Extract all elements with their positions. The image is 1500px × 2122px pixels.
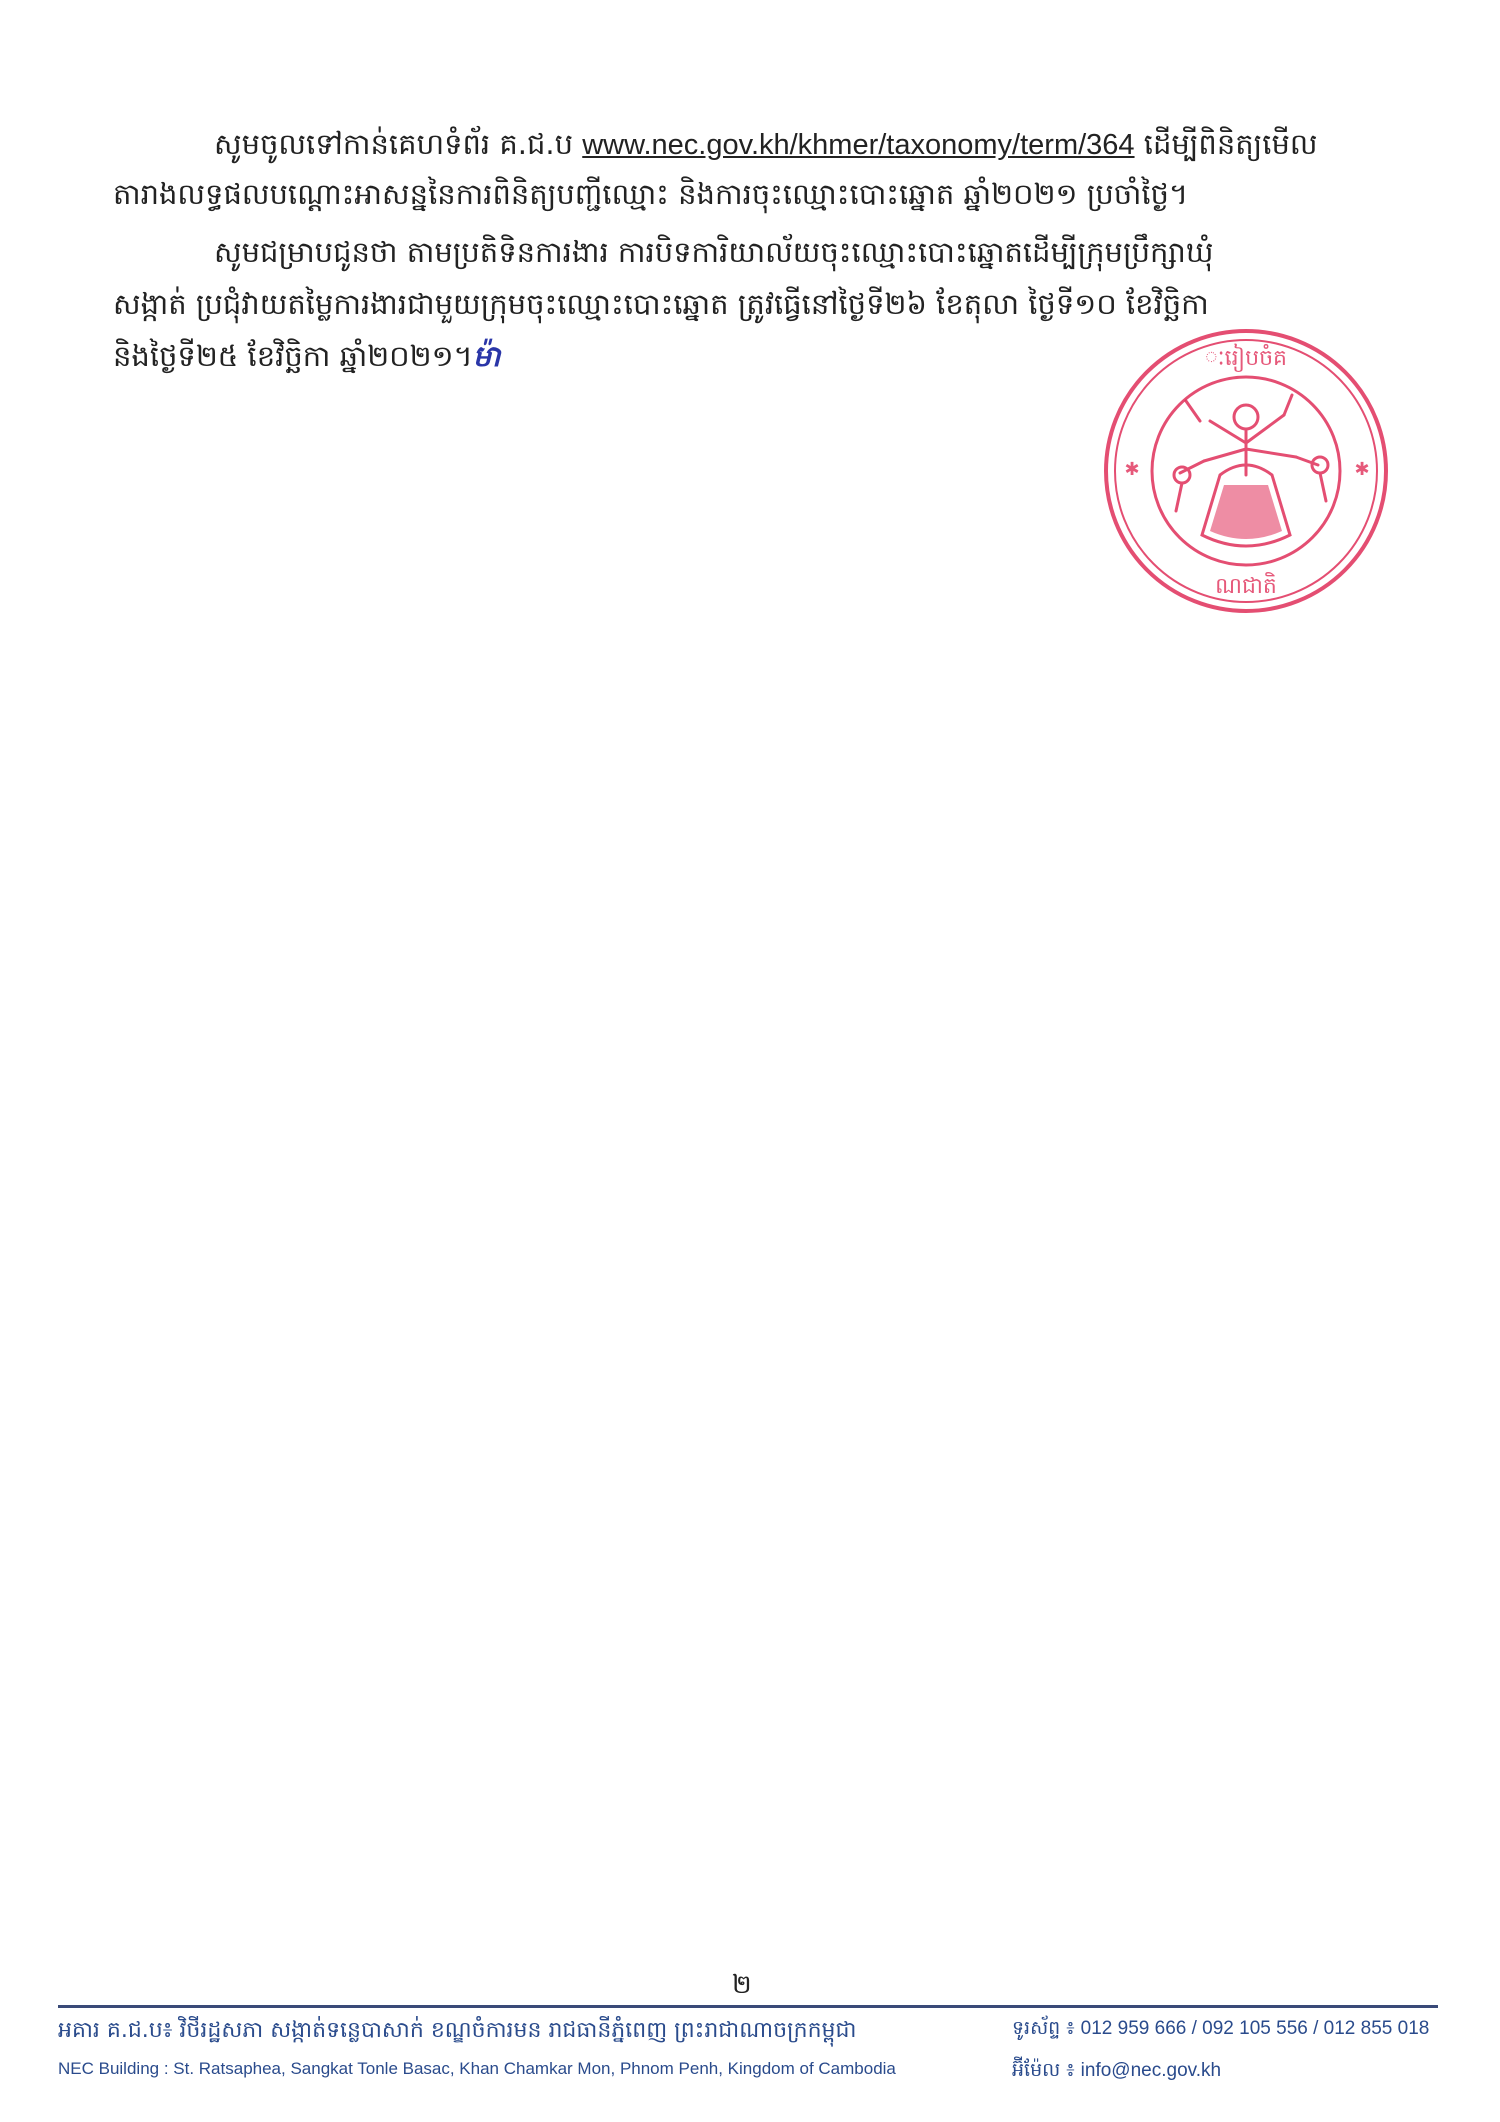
paragraph-1-line-2: តារាងលទ្ធផលបណ្ដោះអាសន្ននៃការពិនិត្យបញ្ជី… — [113, 174, 1188, 214]
nec-taxonomy-link[interactable]: www.nec.gov.kh/khmer/taxonomy/term/364 — [582, 129, 1134, 161]
paragraph-2-line-2: សង្កាត់ ប្រជុំវាយតម្លៃការងារជាមួយក្រុមចុ… — [113, 284, 1209, 324]
paragraph-1-prefix: សូមចូលទៅកាន់គេហទំព័រ គ.ជ.ប — [214, 127, 582, 161]
page-number: ២ — [732, 1968, 752, 2006]
seal-icon: ៈរៀបចំគ ណជាតិ ✱ ✱ — [1100, 325, 1392, 617]
footer-address-km: អគារ គ.ជ.ប៖ វិថីរដ្ឋសភា សង្កាត់ទន្លេបាសា… — [58, 2016, 856, 2048]
svg-text:ៈរៀបចំគ: ៈរៀបចំគ — [1205, 343, 1287, 372]
official-seal: ៈរៀបចំគ ណជាតិ ✱ ✱ — [1100, 325, 1392, 617]
svg-text:ណជាតិ: ណជាតិ — [1215, 572, 1277, 599]
paragraph-2-line-1: សូមជម្រាបជូនថា តាមប្រតិទិនការងារ ការបិទក… — [214, 232, 1213, 272]
document-page: សូមចូលទៅកាន់គេហទំព័រ គ.ជ.ប www.nec.gov.k… — [0, 0, 1500, 2122]
paragraph-2-line-3: និងថ្ងៃទី២៥ ខែវិច្ឆិកា ឆ្នាំ២០២១។ម៉ា — [113, 336, 500, 376]
footer-phone: ទូរស័ព្ទ ៖ 012 959 666 / 092 105 556 / 0… — [1012, 2016, 1429, 2044]
paragraph-1-suffix: ដើម្បីពិនិត្យមើល — [1135, 127, 1318, 161]
handwritten-initial: ម៉ា — [473, 339, 501, 373]
paragraph-1-line-1: សូមចូលទៅកាន់គេហទំព័រ គ.ជ.ប www.nec.gov.k… — [214, 124, 1318, 165]
svg-text:✱: ✱ — [1124, 459, 1139, 480]
phone-numbers: 012 959 666 / 092 105 556 / 012 855 018 — [1081, 2018, 1430, 2039]
phone-label: ទូរស័ព្ទ ៖ — [1012, 2017, 1081, 2039]
footer-divider — [58, 2005, 1438, 2008]
footer-address-en: NEC Building : St. Ratsaphea, Sangkat To… — [58, 2059, 896, 2079]
footer-email: អ៊ីម៉ែល ៖ info@nec.gov.kh — [1012, 2058, 1221, 2086]
email-address[interactable]: info@nec.gov.kh — [1081, 2060, 1221, 2081]
svg-text:✱: ✱ — [1354, 459, 1369, 480]
paragraph-2-line-3-text: និងថ្ងៃទី២៥ ខែវិច្ឆិកា ឆ្នាំ២០២១។ — [113, 339, 473, 373]
email-label: អ៊ីម៉ែល ៖ — [1012, 2059, 1081, 2081]
